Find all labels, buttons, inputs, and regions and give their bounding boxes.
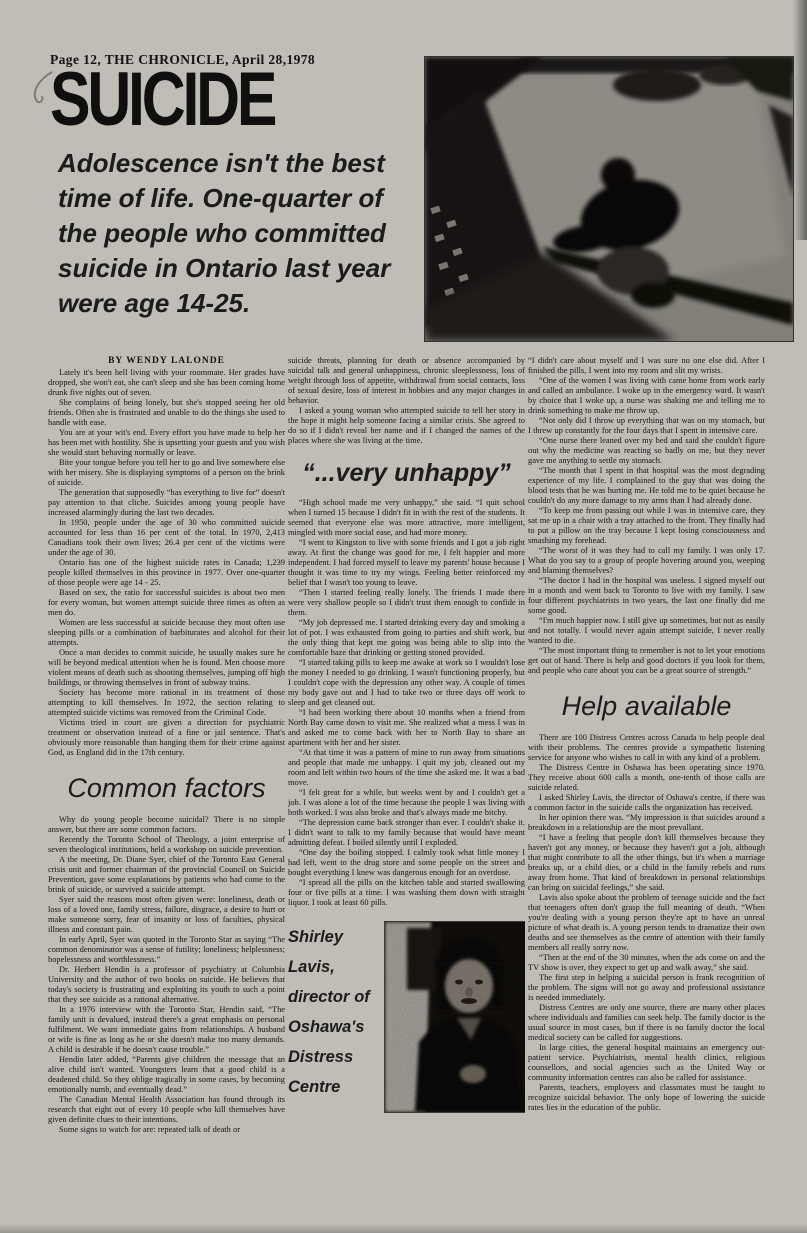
col1-part1: Lately it's been hell living with your r… [48,368,285,758]
paragraph: The first step in helping a suicidal per… [528,973,765,1003]
col1-part2: Why do young people become suicidal? The… [48,815,285,1135]
paragraph: Distress Centres are only one source, th… [528,1003,765,1043]
paragraph: Victims tried in court are given a direc… [48,718,285,758]
caption-line: Oshawa's [288,1012,385,1042]
paragraph: “The doctor I had in the hospital was us… [528,576,765,616]
portrait-photo [385,922,525,1112]
paragraph: “The depression came back stronger than … [288,818,525,848]
paragraph: Parents, teachers, employers and classma… [528,1083,765,1113]
paragraph: “To keep me from passing out while I was… [528,506,765,546]
paragraph: Women are less successful at suicide bec… [48,618,285,648]
paragraph: “I started taking pills to keep me awake… [288,658,525,708]
paragraph: In early April, Syer was quoted in the T… [48,935,285,965]
col2-part2: “High school made me very unhappy,” she … [288,498,525,908]
paragraph: The Canadian Mental Health Association h… [48,1095,285,1125]
heading-help-available: Help available [528,691,765,721]
paragraph: “Not only did I throw up everything that… [528,416,765,436]
heading-common-factors: Common factors [48,773,285,803]
paragraph: Lately it's been hell living with your r… [48,368,285,398]
paragraph: You are at your wit's end. Every effort … [48,428,285,458]
paragraph: “I spread all the pills on the kitchen t… [288,878,525,908]
paragraph: Some signs to watch for are: repeated ta… [48,1125,285,1135]
scan-edge-shadow-bottom [0,1223,807,1233]
paragraph: Why do young people become suicidal? The… [48,815,285,835]
paragraph: Bite your tongue before you tell her to … [48,458,285,488]
lavis-figure: ShirleyLavis,director ofOshawa'sDistress… [288,922,525,1112]
scan-edge-shadow-right [793,0,807,240]
portrait-photo-art [385,922,525,1112]
caption-line: director of [288,982,385,1012]
paragraph: “My job depressed me. I started drinking… [288,618,525,658]
photo-caption: ShirleyLavis,director ofOshawa'sDistress… [288,922,385,1102]
paragraph: There are 100 Distress Centres across Ca… [528,733,765,763]
paragraph: Dr. Herbert Hendin is a professor of psy… [48,965,285,1005]
paragraph: Based on sex, the ratio for successful s… [48,588,285,618]
deck-subheadline: Adolescence isn't the best time of life.… [58,146,420,321]
paragraph: A the meeting, Dr. Diane Syer, chief of … [48,855,285,895]
caption-line: Shirley [288,922,385,952]
paragraph: In a 1976 interview with the Toronto Sta… [48,1005,285,1055]
paragraph: In her opinion there was. “My impression… [528,813,765,833]
caption-line: Lavis, [288,952,385,982]
paragraph: “The month that I spent in that hospital… [528,466,765,506]
col3-part2: There are 100 Distress Centres across Ca… [528,733,765,1113]
paragraph: “High school made me very unhappy,” she … [288,498,525,538]
paragraph: I asked Shirley Lavis, the director of O… [528,793,765,813]
paragraph: “The most important thing to remember is… [528,646,765,676]
paragraph: In 1950, people under the age of 30 who … [48,518,285,558]
heading-very-unhappy: “...very unhappy” [288,458,525,488]
paragraph: The Distress Centre in Oshawa has been o… [528,763,765,793]
paragraph: “I went to Kingston to live with some fr… [288,538,525,588]
paragraph: “One day the boiling stopped. I calmly t… [288,848,525,878]
col2-part1: suicide threats, planning for death or a… [288,356,525,446]
hero-photo [425,57,793,341]
paragraph: The generation that supposedly “has ever… [48,488,285,518]
caption-line: Centre [288,1072,385,1102]
paragraph: “Then I started feeling really lonely. T… [288,588,525,618]
paragraph: “One of the women I was living with came… [528,376,765,416]
paragraph: I asked a young woman who attempted suic… [288,406,525,446]
paragraph: “I'm much happier now. I still give up s… [528,616,765,646]
byline: BY WENDY LALONDE [48,356,285,366]
hero-photo-art [425,57,793,341]
paragraph: “I have a feeling that people don't kill… [528,833,765,893]
column-2: suicide threats, planning for death or a… [288,356,525,1222]
column-3: “I didn't care about myself and I was su… [528,356,765,1214]
paragraph: “The worst of it was they had to call my… [528,546,765,576]
caption-line: Distress [288,1042,385,1072]
paragraph: In large cities, the general hospital ma… [528,1043,765,1083]
paragraph: Once a man decides to commit suicide, he… [48,648,285,688]
paragraph: Society has become more rational in its … [48,688,285,718]
paragraph: “Then at the end of the 30 minutes, when… [528,953,765,973]
paragraph: “One nurse there leaned over my bed and … [528,436,765,466]
paragraph: Lavis also spoke about the problem of te… [528,893,765,953]
paragraph: “I felt great for a while, but weeks wen… [288,788,525,818]
headline: SUICIDE [50,62,274,138]
paragraph: “I didn't care about myself and I was su… [528,356,765,376]
paragraph: She complains of being lonely, but she's… [48,398,285,428]
paragraph: suicide threats, planning for death or a… [288,356,525,406]
column-1: BY WENDY LALONDE Lately it's been hell l… [48,356,285,1214]
paragraph: Hendin later added, “Parents give childr… [48,1055,285,1095]
paragraph: Syer said the reasons most often given w… [48,895,285,935]
newspaper-page: Page 12, THE CHRONICLE, April 28,1978 SU… [0,0,807,1233]
paragraph: Recently the Toronto School of Theology,… [48,835,285,855]
col3-part1: “I didn't care about myself and I was su… [528,356,765,676]
paragraph: “I had been working there about 10 month… [288,708,525,748]
paragraph: “At that time it was a pattern of mine t… [288,748,525,788]
paragraph: Ontario has one of the highest suicide r… [48,558,285,588]
